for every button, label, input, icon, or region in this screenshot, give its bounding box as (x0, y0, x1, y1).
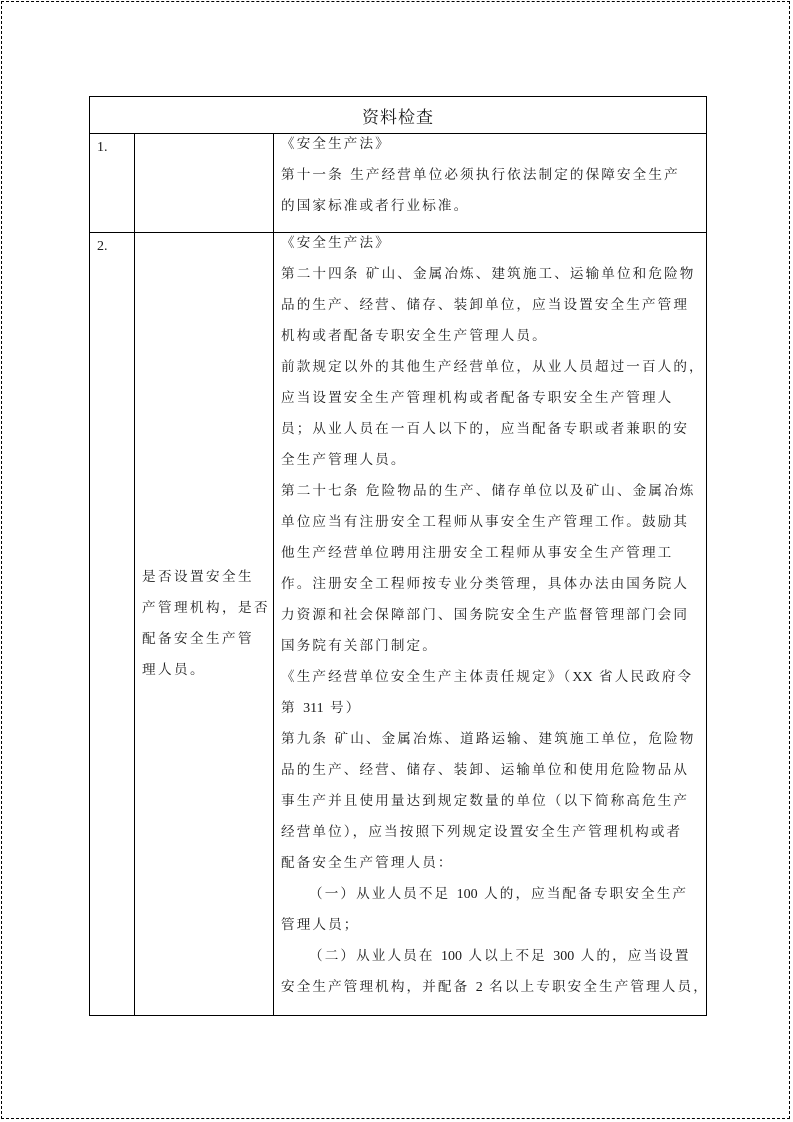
basis-line: 安全生产管理机构，并配备 2 名以上专职安全生产管理人员， (281, 972, 698, 1003)
table-row: 1. 《安全生产法》第十一条 生产经营单位必须执行依法制定的保障安全生产的国家标… (90, 134, 707, 233)
basis-line: 全生产管理人员。 (281, 445, 698, 476)
basis-line: 第九条 矿山、金属冶炼、道路运输、建筑施工单位，危险物 (281, 724, 698, 755)
check-item-line: 是否设置安全生 (142, 562, 269, 593)
table-row: 2. 是否设置安全生产管理机构，是否配备安全生产管理人员。 《安全生产法》第二十… (90, 233, 707, 1016)
basis-line: 品的生产、经营、储存、装卸、运输单位和使用危险物品从 (281, 755, 698, 786)
basis-line: 《生产经营单位安全生产主体责任规定》（XX 省人民政府令 (281, 662, 698, 693)
basis-line: 机构或者配备专职安全生产管理人员。 (281, 321, 698, 352)
basis-line: 第十一条 生产经营单位必须执行依法制定的保障安全生产 (281, 160, 698, 191)
basis-line: （一）从业人员不足 100 人的，应当配备专职安全生产 (281, 879, 698, 910)
table-title-row: 资料检查 (90, 97, 707, 134)
basis-line: 前款规定以外的其他生产经营单位，从业人员超过一百人的， (281, 352, 698, 383)
basis-line: 员；从业人员在一百人以下的，应当配备专职或者兼职的安 (281, 414, 698, 445)
basis-line: 的国家标准或者行业标准。 (281, 191, 698, 222)
basis-line: 第二十四条 矿山、金属冶炼、建筑施工、运输单位和危险物 (281, 259, 698, 290)
basis-line: 第 311 号） (281, 693, 698, 724)
check-item-line: 产管理机构，是否 (142, 593, 269, 624)
basis-line: 应当设置安全生产管理机构或者配备专职安全生产管理人 (281, 383, 698, 414)
basis-line: 配备安全生产管理人员： (281, 848, 698, 879)
basis-line: 《安全生产法》 (281, 228, 698, 259)
check-item (135, 134, 274, 233)
basis-line: 单位应当有注册安全工程师从事安全生产管理工作。鼓励其 (281, 507, 698, 538)
basis-line: 力资源和社会保障部门、国务院安全生产监督管理部门会同 (281, 600, 698, 631)
row-number: 1. (90, 134, 135, 233)
basis-line: 管理人员； (281, 910, 698, 941)
basis-line: 作。注册安全工程师按专业分类管理，具体办法由国务院人 (281, 569, 698, 600)
legal-basis: 《安全生产法》第十一条 生产经营单位必须执行依法制定的保障安全生产的国家标准或者… (274, 134, 707, 233)
check-item: 是否设置安全生产管理机构，是否配备安全生产管理人员。 (135, 233, 274, 1016)
basis-line: 第二十七条 危险物品的生产、储存单位以及矿山、金属冶炼 (281, 476, 698, 507)
inspection-table: 资料检查 1. 《安全生产法》第十一条 生产经营单位必须执行依法制定的保障安全生… (89, 96, 707, 1016)
basis-line: 《安全生产法》 (281, 129, 698, 160)
row-number: 2. (90, 233, 135, 1016)
basis-line: （二）从业人员在 100 人以上不足 300 人的，应当设置 (281, 941, 698, 972)
check-item-line: 理人员。 (142, 655, 269, 686)
table-title: 资料检查 (90, 97, 707, 134)
basis-line: 经营单位），应当按照下列规定设置安全生产管理机构或者 (281, 817, 698, 848)
basis-line: 品的生产、经营、储存、装卸单位，应当设置安全生产管理 (281, 290, 698, 321)
check-item-line: 配备安全生产管 (142, 624, 269, 655)
basis-line: 他生产经营单位聘用注册安全工程师从事安全生产管理工 (281, 538, 698, 569)
legal-basis: 《安全生产法》第二十四条 矿山、金属冶炼、建筑施工、运输单位和危险物品的生产、经… (274, 233, 707, 1016)
basis-line: 事生产并且使用量达到规定数量的单位（以下简称高危生产 (281, 786, 698, 817)
basis-line: 国务院有关部门制定。 (281, 631, 698, 662)
